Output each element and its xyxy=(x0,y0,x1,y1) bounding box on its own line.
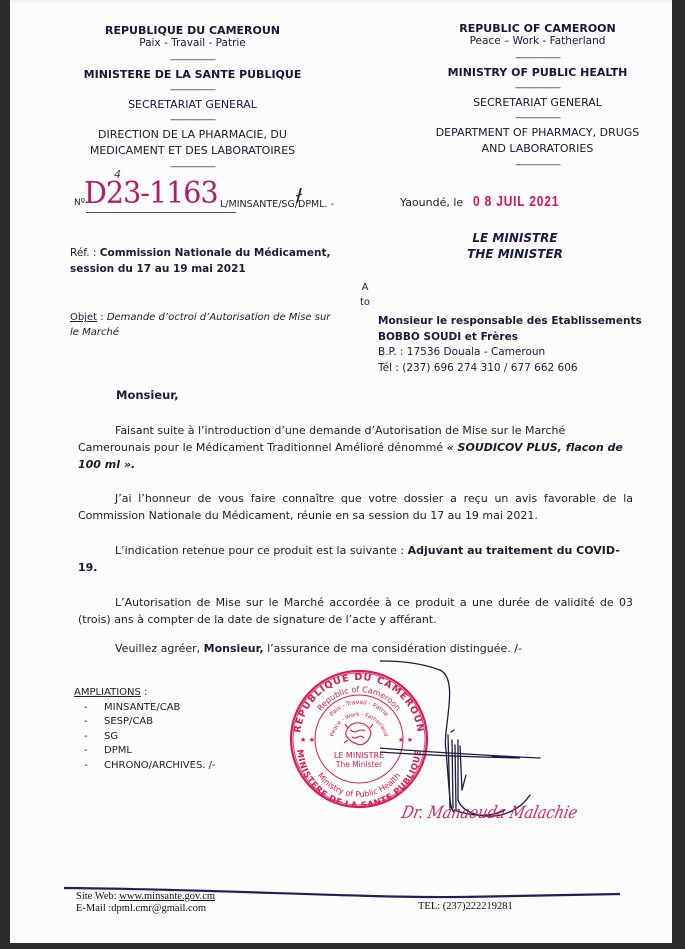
signatory-title: LE MINISTRE THE MINISTER xyxy=(440,230,590,262)
header-left-direction-1: DIRECTION DE LA PHARMACIE, DU xyxy=(50,128,335,141)
paragraph-1: Faisant suite à l’introduction d’une dem… xyxy=(78,422,633,473)
date-place: Yaoundé, le xyxy=(400,196,463,209)
recipient-phone: Tél : (237) 696 274 310 / 677 662 606 xyxy=(378,361,642,377)
header-left: REPUBLIQUE DU CAMEROUN Paix - Travail - … xyxy=(50,24,335,172)
number-underline xyxy=(86,212,236,213)
letter-page: REPUBLIQUE DU CAMEROUN Paix - Travail - … xyxy=(10,0,672,943)
header-right: REPUBLIC OF CAMEROON Peace – Work - Fath… xyxy=(405,22,670,170)
separator: -------------------- xyxy=(50,115,335,125)
reference-text-1: Commission Nationale du Médicament, xyxy=(100,247,331,259)
separator: -------------------- xyxy=(405,53,670,63)
subject-label: Objet xyxy=(70,312,97,323)
recipient-block: Monsieur le responsable des Etablissemen… xyxy=(378,314,642,376)
separator: -------------------- xyxy=(50,55,335,65)
addressee-prefix-fr: A xyxy=(350,280,380,295)
handwritten-signature xyxy=(380,660,620,820)
greeting: Monsieur, xyxy=(116,388,179,402)
header-left-motto: Paix - Travail - Patrie xyxy=(50,37,335,50)
reference-label: Réf. : xyxy=(70,247,96,259)
ampliation-item: CHRONO/ARCHIVES. /- xyxy=(74,759,216,774)
paragraph-3-text: L’indication retenue pour ce produit est… xyxy=(115,544,408,557)
header-left-ministry: MINISTERE DE LA SANTE PUBLIQUE xyxy=(50,68,335,81)
stamp-title-fr: LE MINISTRE xyxy=(334,751,384,760)
header-right-department-2: AND LABORATORIES xyxy=(405,142,670,155)
footer-phone: TEL: (237)222219281 xyxy=(418,901,513,912)
subject-block: Objet : Demande d’octroi d’Autorisation … xyxy=(70,310,335,340)
ampliations-list: MINSANTE/CAB SESP/CAB SG DPML CHRONO/ARC… xyxy=(74,701,216,774)
handwritten-number: D23-1163 xyxy=(84,176,218,211)
paragraph-4: L’Autorisation de Mise sur le Marché acc… xyxy=(78,594,633,628)
recipient-address: B.P. : 17536 Douala - Cameroun xyxy=(378,345,642,361)
addressee-prefix-en: to xyxy=(350,295,380,310)
paragraph-5: Veuillez agréer, Monsieur, l’assurance d… xyxy=(78,640,633,657)
reference-block: Réf. : Commission Nationale du Médicamen… xyxy=(70,245,330,277)
header-right-country: REPUBLIC OF CAMEROON xyxy=(405,22,670,35)
paragraph-3: L’indication retenue pour ce produit est… xyxy=(78,542,633,576)
ampliation-item: SESP/CAB xyxy=(74,715,216,730)
separator: -------------------- xyxy=(405,160,670,170)
paragraph-5-start: Veuillez agréer, xyxy=(115,642,204,655)
date-stamp: 0 8 JUIL 2021 xyxy=(473,193,559,210)
date-line: Yaoundé, le 0 8 JUIL 2021 xyxy=(400,193,580,210)
header-right-department-1: DEPARTMENT OF PHARMACY, DRUGS xyxy=(405,126,670,139)
minister-title-en: THE MINISTER xyxy=(440,246,590,262)
separator: -------------------- xyxy=(50,85,335,95)
header-right-secretariat: SECRETARIAT GENERAL xyxy=(405,96,670,109)
reference-text-2: session du 17 au 19 mai 2021 xyxy=(70,263,246,275)
footer-contact: Site Web: www.minsante.gov.cm E-Mail :dp… xyxy=(76,891,215,915)
minister-title-fr: LE MINISTRE xyxy=(440,230,590,246)
site-label: Site Web: xyxy=(76,891,119,902)
ampliations-colon: : xyxy=(141,687,148,698)
paragraph-2: J’ai l’honneur de vous faire connaître q… xyxy=(78,490,633,524)
addressee-prefix: A to xyxy=(350,280,380,310)
separator: -------------------- xyxy=(405,113,670,123)
reference-suffix: L/MINSANTE/SG/DPML. - xyxy=(220,199,334,210)
header-right-ministry: MINISTRY OF PUBLIC HEALTH xyxy=(405,66,670,79)
header-left-direction-2: MEDICAMENT ET DES LABORATOIRES xyxy=(50,144,335,157)
footer-email: E-Mail :dpml.cmr@gmail.com xyxy=(76,903,215,915)
coat-of-arms-icon xyxy=(344,723,373,745)
ampliation-item: SG xyxy=(74,730,216,745)
reference-number: Nº 4 D23-1163 L/MINSANTE/SG/DPML. - ł xyxy=(74,170,374,220)
ampliations-title: AMPLIATIONS xyxy=(74,687,141,698)
header-left-country: REPUBLIQUE DU CAMEROUN xyxy=(50,24,335,37)
ampliations: AMPLIATIONS : MINSANTE/CAB SESP/CAB SG D… xyxy=(74,686,216,773)
header-left-secretariat: SECRETARIAT GENERAL xyxy=(50,98,335,111)
recipient-line-1: Monsieur le responsable des Etablissemen… xyxy=(378,315,642,327)
ampliation-item: DPML xyxy=(74,744,216,759)
stamp-title-en: The Minister xyxy=(335,760,383,769)
stamp-star-icon: ★ ★ xyxy=(300,736,315,744)
header-right-motto: Peace – Work - Fatherland xyxy=(405,35,670,48)
paragraph-5-bold: Monsieur, xyxy=(204,642,264,655)
paragraph-5-end: l’assurance de ma considération distingu… xyxy=(264,642,522,655)
subject-text: Demande d’octroi d’Autorisation de Mise … xyxy=(70,312,330,338)
ampliation-item: MINSANTE/CAB xyxy=(74,701,216,716)
signatory-name: Dr. Manaouda Malachie xyxy=(400,803,579,823)
recipient-line-2: BOBBO SOUDI et Frères xyxy=(378,331,518,343)
separator: -------------------- xyxy=(405,83,670,93)
site-link[interactable]: www.minsante.gov.cm xyxy=(119,891,215,902)
